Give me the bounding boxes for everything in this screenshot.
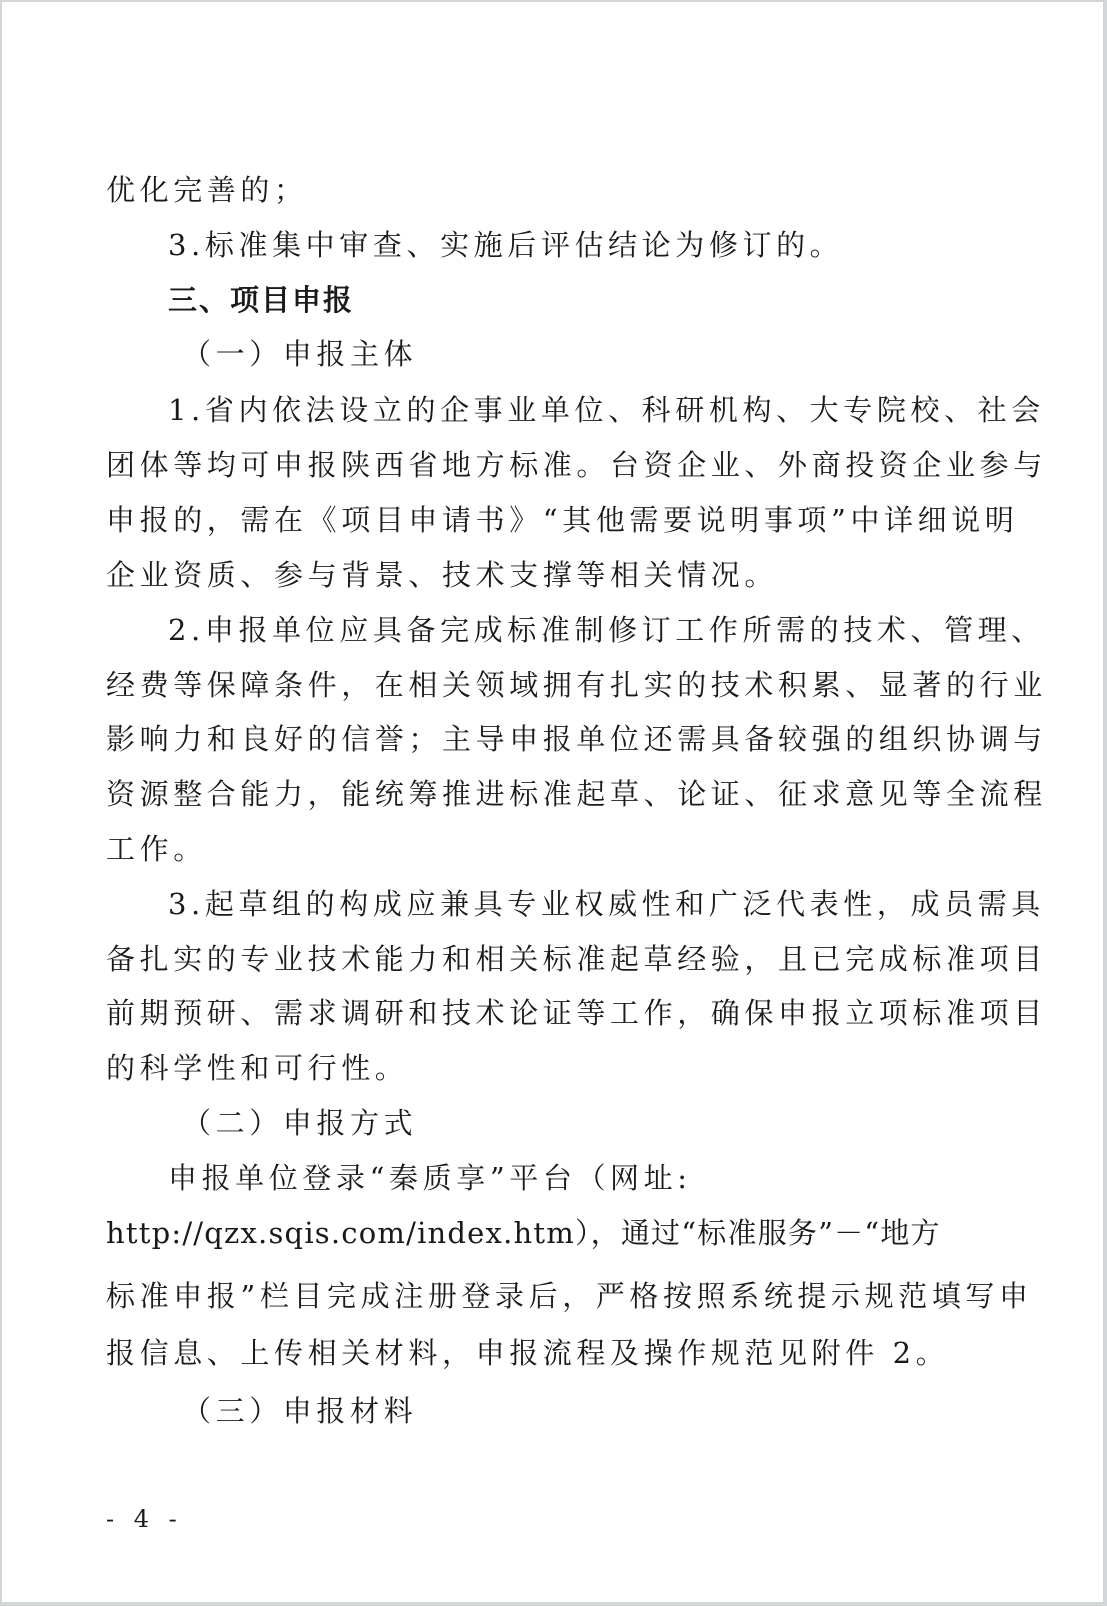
text-line: 3.起草组的构成应兼具专业权威性和广泛代表性，成员需具: [168, 884, 1068, 924]
text-line: 标准申报”栏目完成注册登录后，严格按照系统提示规范填写申: [106, 1276, 1006, 1316]
text-line: 申报单位登录“秦质享”平台（网址:: [168, 1158, 1068, 1198]
page-number: - 4 -: [106, 1505, 183, 1533]
text-line: 企业资质、参与背景、技术支撑等相关情况。: [106, 555, 1006, 595]
text-line: （三）申报材料: [182, 1391, 1082, 1431]
text-line: 工作。: [106, 829, 1006, 869]
text-line: 前期预研、需求调研和技术论证等工作，确保申报立项标准项目: [106, 993, 1006, 1033]
text-line: 报信息、上传相关材料，申报流程及操作规范见附件 2。: [106, 1333, 1006, 1373]
text-line: 资源整合能力，能统筹推进标准起草、论证、征求意见等全流程: [106, 774, 1006, 814]
text-line: 影响力和良好的信誉；主导申报单位还需具备较强的组织协调与: [106, 719, 1006, 759]
text-line: 团体等均可申报陕西省地方标准。台资企业、外商投资企业参与: [106, 445, 1006, 485]
text-line: 优化完善的；: [106, 170, 1006, 210]
text-line: （二）申报方式: [182, 1103, 1082, 1143]
document-page: 优化完善的；3.标准集中审查、实施后评估结论为修订的。三、项目申报（一）申报主体…: [2, 2, 1103, 1602]
text-line: 的科学性和可行性。: [106, 1048, 1006, 1088]
text-line: 备扎实的专业技术能力和相关标准起草经验，且已完成标准项目: [106, 939, 1006, 979]
section-heading: 三、项目申报: [168, 280, 1068, 320]
text-line: 3.标准集中审查、实施后评估结论为修订的。: [168, 225, 1068, 265]
text-line: 申报的，需在《项目申请书》“其他需要说明事项”中详细说明: [106, 500, 1006, 540]
text-line: （一）申报主体: [182, 334, 1082, 374]
text-line: 2.申报单位应具备完成标准制修订工作所需的技术、管理、: [168, 610, 1068, 650]
text-line: 经费等保障条件，在相关领域拥有扎实的技术积累、显著的行业: [106, 665, 1006, 705]
text-line: http://qzx.sqis.com/index.htm），通过“标准服务”－…: [106, 1213, 1006, 1253]
text-line: 1.省内依法设立的企事业单位、科研机构、大专院校、社会: [168, 390, 1068, 430]
